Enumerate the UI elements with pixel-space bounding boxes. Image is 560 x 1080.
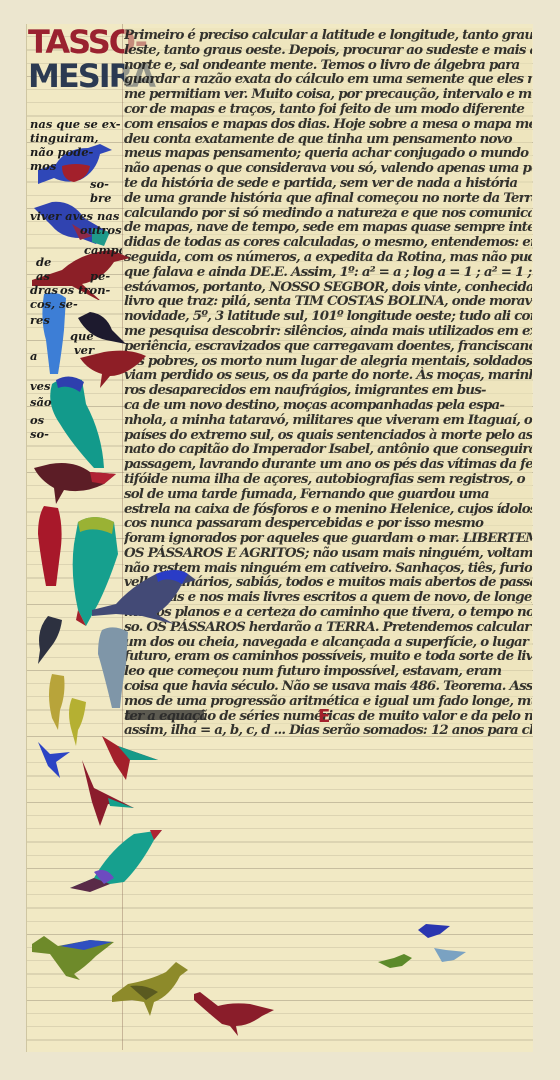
handwritten-line: OS PÁSSAROS E AGRITOS; não usam mais nin… [124, 546, 532, 561]
handwritten-line: países do extremo sul, os quais sentenci… [124, 428, 532, 443]
handwritten-line: me pesquisa descobrir: silêncios, ainda … [124, 324, 532, 339]
bird-icon [416, 922, 452, 942]
handwritten-line: livro que traz: pilá, senta TIM COSTAS B… [124, 294, 532, 309]
handwritten-line: periência, escravizados que carregavam d… [124, 339, 532, 354]
handwritten-line: calculando por si só medindo a natureza … [124, 206, 532, 221]
bird-icon [96, 624, 130, 710]
side-word: tinguiram, [30, 132, 99, 145]
handwritten-line: me permitiam ver. Muito coisa, por preca… [124, 87, 532, 102]
bird-icon [92, 566, 196, 626]
handwritten-line: ca de um novo destino, moças acompanhada… [124, 398, 532, 413]
side-word: so- [30, 428, 49, 438]
handwritten-line: futuro, eram os caminhos possíveis, muit… [124, 649, 532, 664]
side-word: viver aves nas [30, 210, 119, 223]
bird-icon [378, 952, 414, 970]
handwritten-line: estávamos, portanto, NOSSO SEGBOR, dois … [124, 280, 532, 295]
handwritten-line: leo que começou num futuro impossível, e… [124, 664, 532, 679]
handwritten-line: estrela na caixa de fósforos e o menino … [124, 502, 532, 517]
handwritten-line: viam perdido os seus, os da parte do nor… [124, 368, 532, 383]
title-line-2: MESIRA [28, 60, 124, 92]
red-letter-e: E [318, 706, 330, 727]
handwritten-line: passagem, lavrando durante um ano os pés… [124, 457, 532, 472]
handwritten-line: te da história de sede e partida, sem ve… [124, 176, 532, 191]
handwritten-line: guardar a razão exata do cálculo em uma … [124, 72, 532, 87]
bird-icon [36, 504, 66, 588]
handwritten-line: de mapas, nave de tempo, sede em mapas q… [124, 220, 532, 235]
side-word: os tron- [60, 284, 110, 297]
handwritten-line: norte e, sal ondeante mente. Temos o liv… [124, 58, 532, 73]
bird-icon [78, 758, 136, 828]
side-word: são [30, 396, 52, 409]
bird-icon [30, 934, 116, 980]
handwritten-line: de uma grande história que afinal começo… [124, 191, 532, 206]
handwritten-line: novidade, 5º, 3 latitude sul, 101º longi… [124, 309, 532, 324]
handwritten-line: nato do capitão do Imperador Isabel, ant… [124, 442, 532, 457]
handwritten-line: tas pobres, os morto num lugar de alegri… [124, 354, 532, 369]
handwritten-line: coisa que havia século. Não se usava mai… [124, 679, 532, 694]
side-word: os [30, 414, 44, 427]
handwritten-line: cor de mapas e traços, tanto foi feito d… [124, 102, 532, 117]
title-line-1: TASSO- [28, 26, 124, 58]
handwritten-line: com ensaios e mapas dos dias. Hoje sobre… [124, 117, 532, 132]
side-word: ver [74, 344, 94, 357]
handwritten-line: deu conta exatamente de que tinha um pen… [124, 132, 532, 147]
handwritten-line: não apenas o que considerava vou só, val… [124, 161, 532, 176]
handwritten-line: um dos ou cheia, navegada e alcançada a … [124, 635, 532, 650]
bird-icon [34, 614, 64, 664]
bird-icon [432, 946, 468, 966]
handwritten-line: meus mapas pensamento; queria achar conj… [124, 146, 532, 161]
handwritten-line: seguida, com os números, a expedita da R… [124, 250, 532, 265]
bird-icon [70, 826, 164, 894]
scribbled-out-word [126, 710, 204, 720]
side-word: pe- [90, 270, 110, 283]
handwritten-line: didas de todas as cores calculadas, o me… [124, 235, 532, 250]
bird-icon [36, 740, 72, 780]
handwritten-line: Primeiro é preciso calcular a latitude e… [124, 28, 532, 43]
artwork-title: TASSO- MESIRA [28, 26, 124, 92]
side-word: nas que se ex- [30, 118, 121, 131]
side-word: so- [90, 178, 109, 191]
side-word: outros [80, 224, 122, 237]
handwritten-text-block: Primeiro é preciso calcular a latitude e… [124, 28, 532, 736]
side-word: de [36, 256, 51, 269]
margin-line [122, 24, 123, 1050]
handwritten-line: que falava e ainda DE.E. Assim, 1º: a² =… [124, 265, 532, 280]
side-word: não pode- [30, 146, 93, 159]
bird-icon [192, 990, 276, 1036]
handwritten-line: nhola, a minha tataravó, militares que v… [124, 413, 532, 428]
bird-icon [46, 672, 68, 732]
side-word: ves [30, 380, 50, 393]
bird-icon [34, 460, 118, 504]
side-word: campos [84, 244, 122, 257]
side-word: res [30, 314, 50, 327]
side-word: a [30, 350, 37, 363]
side-word: mos [30, 160, 56, 173]
side-word: cos, se- [30, 298, 78, 311]
side-word: que [70, 330, 94, 343]
handwritten-line: tifóide numa ilha de açores, autobiograf… [124, 472, 532, 487]
handwritten-line: cos nunca passaram despercebidas e por i… [124, 516, 532, 531]
side-word: dras [30, 284, 58, 297]
handwritten-line: ros desaparecidos em naufrágios, imigran… [124, 383, 532, 398]
handwritten-line: foram ignorados por aqueles que guardam … [124, 531, 532, 546]
side-word: as [36, 270, 50, 283]
bird-icon [66, 696, 88, 746]
handwritten-line: leste, tanto graus oeste. Depois, procur… [124, 43, 532, 58]
handwritten-line: sol de uma tarde fumada, Fernando que gu… [124, 487, 532, 502]
bird-icon [110, 956, 190, 1016]
side-text-column: nas que se ex-tinguiram,não pode-mosso-b… [30, 118, 122, 438]
side-word: bre [90, 192, 111, 205]
